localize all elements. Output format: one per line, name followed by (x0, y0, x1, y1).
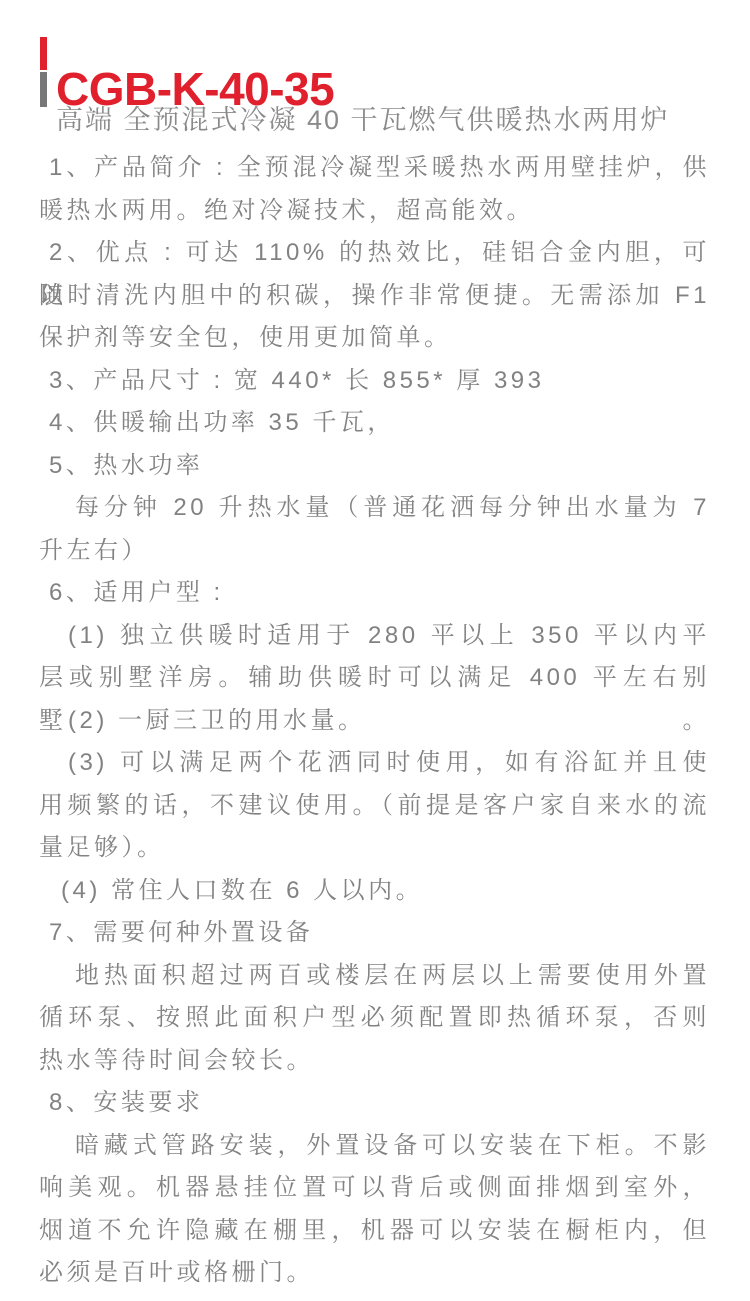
text-line: 5、热水功率 (39, 445, 710, 488)
text-line: 用频繁的话，不建议使用。（前提是客户家自来水的流 (39, 785, 710, 828)
text-line: 量足够）。 (39, 827, 710, 870)
text-line: 循环泵、按照此面积户型必须配置即热循环泵，否则 (39, 997, 710, 1040)
text-line: 升左右） (39, 530, 710, 573)
text-line: 随时清洗内胆中的积碳，操作非常便捷。无需添加 F1 (39, 275, 710, 318)
product-detail-page: CGB-K-40-35 高端 全预混式冷凝 40 干瓦燃气供暖热水两用炉 1、产… (0, 0, 750, 1301)
title-accent-bar (40, 37, 47, 70)
text-line: 4、供暖输出功率 35 千瓦， (39, 402, 710, 445)
text-line: (4) 常住人口数在 6 人以内。 (39, 870, 710, 913)
text-line: (1) 独立供暖时适用于 280 平以上 350 平以内平 (39, 615, 710, 658)
text-line: 地热面积超过两百或楼层在两层以上需要使用外置 (39, 955, 710, 998)
product-subtitle: 高端 全预混式冷凝 40 干瓦燃气供暖热水两用炉 (56, 103, 670, 137)
text-line: 1、产品简介 : 全预混冷凝型采暖热水两用壁挂炉，供 (39, 147, 710, 190)
text-line: 必须是百叶或格栅门。 (39, 1252, 710, 1295)
text-line: 热水等待时间会较长。 (39, 1040, 710, 1083)
text-line: 7、需要何种外置设备 (39, 912, 710, 955)
document-body: 1、产品简介 : 全预混冷凝型采暖热水两用壁挂炉，供暖热水两用。绝对冷凝技术，超… (39, 147, 710, 1295)
text-line: 6、适用户型 : (39, 572, 710, 615)
text-line: (3) 可以满足两个花洒同时使用，如有浴缸并且使 (39, 742, 710, 785)
text-line: 层或别墅洋房。辅助供暖时可以满足 400 平左右别墅。 (39, 657, 710, 700)
text-line: 2、优点 : 可达 110% 的热效比，硅铝合金内胆，可以 (39, 232, 710, 275)
text-line: 8、安装要求 (39, 1082, 710, 1125)
text-line: 每分钟 20 升热水量（普通花洒每分钟出水量为 7 (39, 487, 710, 530)
text-line: 保护剂等安全包，使用更加简单。 (39, 317, 710, 360)
subtitle-accent-bar (40, 72, 47, 107)
text-line: 暖热水两用。绝对冷凝技术，超高能效。 (39, 190, 710, 233)
text-line: 暗藏式管路安装，外置设备可以安装在下柜。不影 (39, 1125, 710, 1168)
text-line: 响美观。机器悬挂位置可以背后或侧面排烟到室外， (39, 1167, 710, 1210)
text-line: 烟道不允许隐藏在棚里，机器可以安装在橱柜内，但 (39, 1210, 710, 1253)
text-line: 3、产品尺寸 : 宽 440* 长 855* 厚 393 (39, 360, 710, 403)
